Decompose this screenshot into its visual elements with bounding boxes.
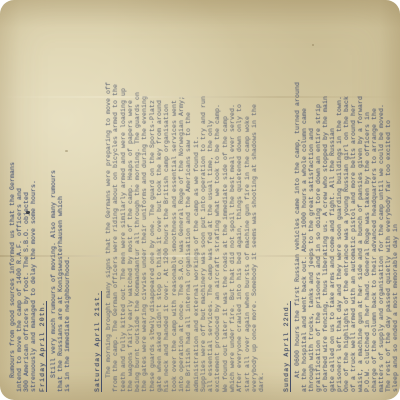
heading-text: Friday April 20th. [39,2,46,392]
document-line: the gates were wearing civvies under the… [141,2,148,392]
entry-heading-friday: Friday April 20th. [39,2,46,392]
document-line: We found out later it was the roads at t… [222,2,229,392]
document-line: prisoners left that day and they were so… [336,2,343,392]
document-line: After everyone crawled into his bed agai… [236,2,243,392]
document-line: of barbed wire fencing, thus liberating … [322,2,329,392]
document-line: start all over again when bursts of mach… [244,2,251,392]
document-line: took over the camp with reasonable smoot… [171,2,178,392]
document-line: waist, a machine gun at her side and a b… [357,2,364,392]
friday-paragraph: Still very much rumours of moving. Also … [50,2,71,392]
paper-speck [312,44,314,46]
document-line: teeth and fully kitted out. The men were… [120,2,127,392]
document-line: dark. [258,2,265,392]
document-line: administration and external workings of … [193,2,200,392]
document-line: through with trucks, tanks and jeeps to … [308,2,315,392]
document-line: that the Russians are at Konigswusterhau… [57,2,64,392]
document-line: gate called on us to take arms and come … [329,2,336,392]
document-line: At 0600 hours the first Russian vehicles… [294,2,301,392]
paper-speck [65,150,68,152]
paper-speck [150,330,152,333]
document-line: his neck and handed it over. At 1200 hou… [163,2,170,392]
document-line: Still very much rumours of moving. Also … [50,2,57,392]
typewritten-text-layer: Rumours from good sources informed us th… [0,0,400,400]
document-line: is in the immediate neighbourhood. [64,2,71,392]
document-line: charge of the column back to their advan… [371,2,378,392]
document-line: excitement produced by an aircraft straf… [214,2,221,392]
document-line: matters of supply and organisation for t… [378,2,385,392]
document-line: P.O.W. clutched in her hand. General Rug… [364,2,371,392]
saturday-paragraph: The morning brought many signs that the … [105,2,266,392]
paper-speck [360,290,362,292]
heading-text: Sunday April 22nd. [283,2,290,392]
document-line: at the hospital and went back out. About… [301,2,308,392]
document-line: strenuously and managed to delay the mov… [30,2,37,392]
document-line: gratification of the prisoners and in so… [315,2,322,392]
document-line: these guards slowly disappeared one by o… [149,2,156,392]
document-line: 300 American officers by foot. The S.B.O… [23,2,30,392]
document-line: sleep and so ended a most memorable day … [392,2,399,392]
continuation-paragraph: Rumours from good sources informed us th… [9,2,37,392]
scanned-document-page: Rumours from good sources informed us th… [0,0,400,400]
document-line: Rumours from good sources informed us th… [9,2,16,392]
entry-heading-sunday: Sunday April 22nd. [283,2,290,392]
document-line: the British had all internal organisatio… [185,2,192,392]
entry-heading-saturday: Saturday April 21st. [94,2,101,392]
document-line: One of the highlights of the entrance wa… [343,2,350,392]
scan-background: Rumours from good sources informed us th… [0,0,400,400]
sunday-paragraph: At 0600 hours the first Russian vehicles… [294,2,399,392]
document-line: intend to move the camp of 1400 R.A.F. o… [16,2,23,392]
heading-text: Saturday April 21st. [94,2,101,392]
document-line: everybody up once more. Somebody it seem… [251,2,258,392]
document-line: from the camp. The German officers were … [112,2,119,392]
document-line: of a truck well armed with an automatic … [350,2,357,392]
document-line: The rest of the day passed quietly with … [385,2,392,392]
